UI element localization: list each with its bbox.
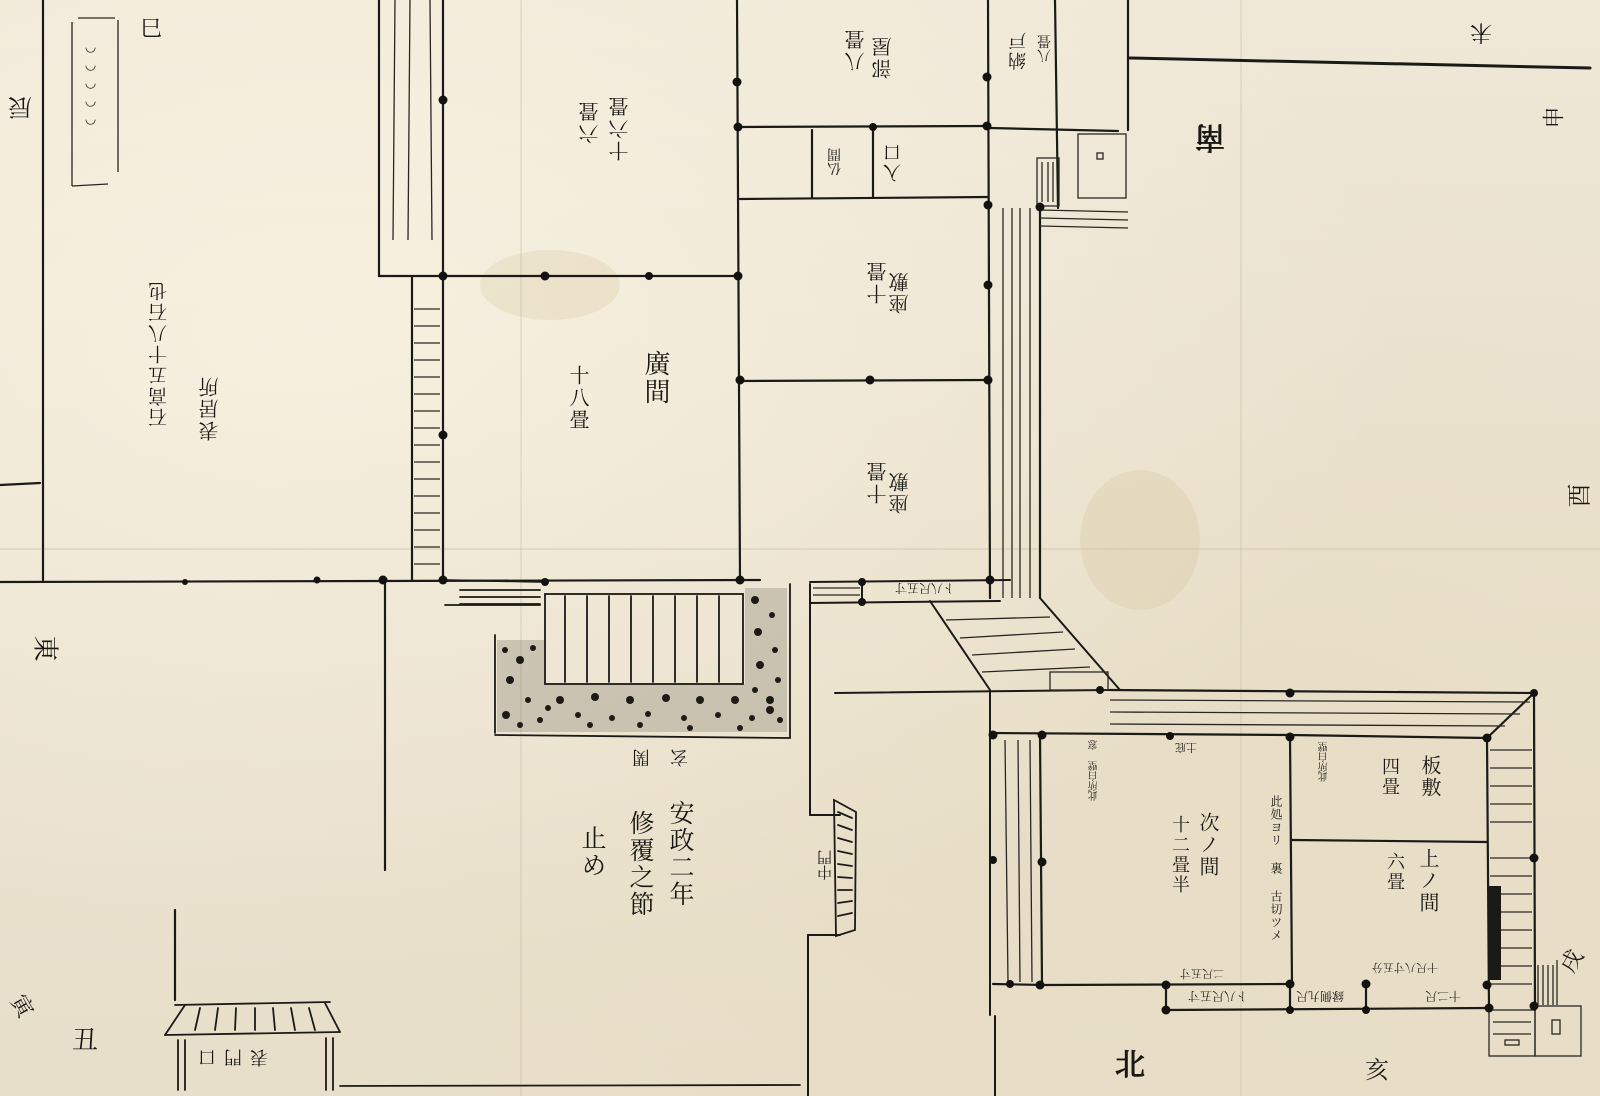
label-genkan: 玄関 — [612, 745, 688, 771]
label-naka-mon: 中門 — [818, 850, 833, 880]
note-small-1: 此所白壁 窓 — [1090, 740, 1100, 801]
compass-mark-mi: 巳 — [140, 12, 162, 43]
south-boundary-line — [1130, 58, 1590, 68]
label-zashiki-lower-size: 十畳 — [868, 460, 888, 504]
floor-plan-drawing — [0, 0, 1600, 1096]
compass-mark-east: 東 — [29, 635, 66, 661]
compass-mark-tatsu: 辰 — [8, 92, 32, 127]
lower-passage — [808, 580, 1120, 1096]
label-itanoma-size: 四畳 — [1380, 757, 1398, 797]
label-room-16jo-name: 六畳 — [580, 100, 600, 144]
note-line-2: 修覆之節 — [628, 810, 653, 918]
label-nando-size: 八畳 — [1038, 35, 1052, 63]
engawa-vertical-strips — [1003, 208, 1030, 598]
note-small-3: 此所白壁 — [1320, 742, 1330, 782]
note-small-5: 十尺八寸五分 — [1372, 962, 1438, 973]
note-line-3: 止め — [580, 825, 605, 879]
label-zashiki-lower: 座敷 — [890, 470, 910, 514]
tokonoma-wall — [1489, 886, 1501, 980]
top-left-box-marks: ◡◡◡◡◡ — [84, 40, 97, 130]
label-kami-no-ma-size: 六畳 — [1385, 852, 1403, 892]
corridor-left-steps — [414, 309, 440, 564]
dim-label-veranda-upper: ト八尺五寸 — [895, 582, 955, 594]
dim-label-veranda-lower-2: 縁側九尺 — [1296, 990, 1344, 1002]
compass-mark-south: 南 — [1195, 118, 1225, 162]
compass-mark-hitsuji: 未 — [1470, 18, 1492, 49]
dim-label-veranda-lower-3: 十二尺 — [1425, 990, 1461, 1002]
compass-mark-i: 亥 — [1365, 1050, 1389, 1085]
central-block-walls — [443, 0, 1128, 598]
upper-right-closet — [1037, 134, 1128, 228]
note-line-1: 安政二年 — [668, 800, 693, 908]
pillar-posts — [182, 73, 1539, 1015]
right-block-walls — [990, 690, 1535, 1010]
label-heya-size: 八畳 — [846, 28, 866, 72]
label-tsugi-no-ma: 次ノ間 — [1198, 812, 1218, 878]
label-omote-idokoro: 表居所 — [200, 375, 220, 441]
floor-plan-sheet: 巳 辰 東 寅 丑 北 亥 戌 酉 申 未 南 ◡◡◡◡◡ 表居所 石高五十八石… — [0, 0, 1600, 1096]
compass-mark-west: 酉 — [1560, 484, 1595, 508]
label-nando: 納戸 — [1010, 30, 1028, 70]
note-small-2: 土庇 — [1175, 742, 1197, 753]
middle-gate — [834, 800, 856, 936]
compass-mark-saru: 申 — [1538, 106, 1569, 128]
label-tsugi-no-ma-size: 十二畳半 — [1170, 815, 1188, 895]
label-zashiki-upper: 座敷 — [890, 270, 910, 314]
label-room-16jo-size: 十六畳 — [610, 95, 630, 161]
note-small-4: 二尺五寸 — [1180, 968, 1224, 979]
side-note-kiritsume: 此処ヨリ 裏 古切ツメ — [1270, 795, 1282, 942]
label-hiroma: 廣間 — [642, 350, 668, 406]
label-heya: 部屋 — [873, 35, 893, 79]
compass-mark-ushi: 丑 — [72, 1020, 98, 1057]
label-zashiki-upper-size: 十畳 — [868, 260, 888, 304]
dim-label-veranda-lower-1: ト八尺五寸 — [1188, 990, 1248, 1002]
label-hiroma-size: 十八畳 — [568, 365, 588, 431]
label-entry: 入口 — [885, 142, 903, 182]
label-butsuma: 仏間 — [828, 148, 842, 176]
label-kokudaka-note: 石高五十八石也 — [150, 280, 169, 427]
label-kami-no-ma: 上ノ間 — [1418, 848, 1438, 914]
label-omote-mon: 表門口 — [190, 1045, 268, 1071]
corridor-left-strips — [393, 0, 432, 240]
label-itanoma: 板敷 — [1420, 755, 1440, 799]
compass-mark-north: 北 — [1115, 1040, 1145, 1084]
